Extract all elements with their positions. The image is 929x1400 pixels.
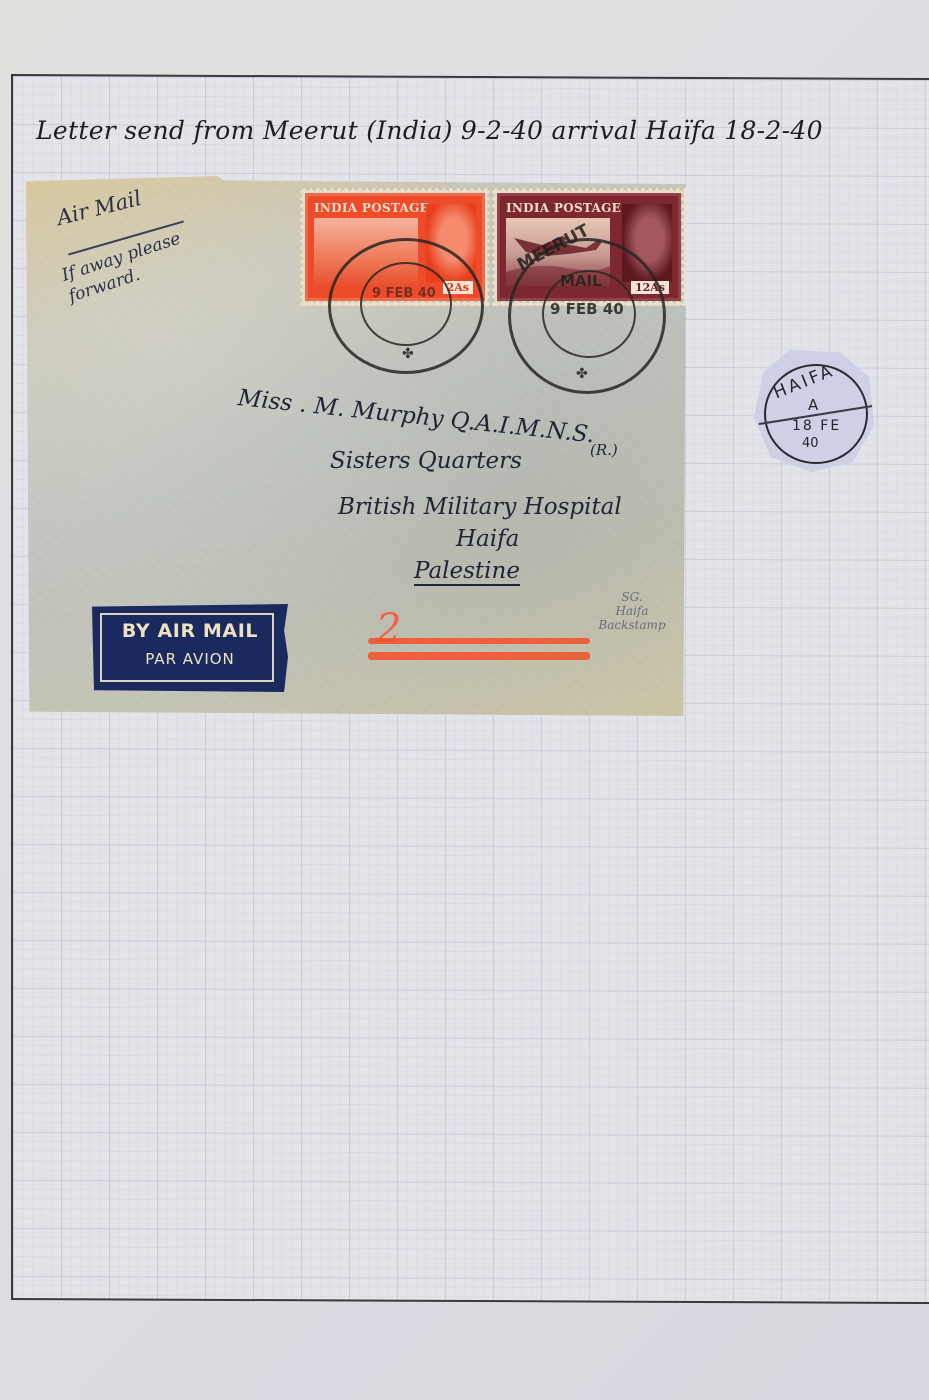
crayon-strike [368, 638, 590, 644]
address-line-quarters: Sisters Quarters [330, 448, 522, 474]
backstamp-code: A [808, 396, 818, 414]
airmail-label-french: PAR AVION [92, 650, 288, 668]
airmail-etiquette: BY AIR MAIL PAR AVION [92, 604, 288, 692]
postmark-date-partial: 9 FEB 40 [372, 286, 436, 301]
pencil-line: Haifa [577, 604, 687, 618]
stamp-inscription: INDIA POSTAGE [506, 201, 621, 215]
airmail-label-english: BY AIR MAIL [92, 620, 288, 642]
address-line-country: Palestine [414, 558, 520, 584]
backstamp-date: 18 FE [792, 418, 841, 434]
address-line-city: Haifa [456, 526, 519, 552]
stamp-inscription: INDIA POSTAGE [314, 201, 429, 215]
postmark-ornament-icon: ✤ [576, 366, 588, 382]
address-line-hospital: British Military Hospital [338, 494, 622, 520]
pencil-annotation: SG. Haifa Backstamp [577, 590, 687, 632]
crayon-numeral: 2 [376, 606, 401, 652]
backstamp-year: 40 [802, 436, 819, 451]
postmark-ring-inner [360, 262, 452, 346]
pencil-line: SG. [577, 590, 687, 604]
postmark-ornament-icon: ✤ [402, 346, 414, 362]
postmark-type: MAIL [560, 272, 602, 290]
arrival-backstamp-cutout: HAIFA A 18 FE 40 [754, 350, 874, 472]
crayon-strike [368, 652, 590, 660]
page-caption: Letter send from Meerut (India) 9-2-40 a… [36, 116, 896, 145]
crossed-out-crayon-mark: 2 [368, 632, 590, 666]
pencil-line: Backstamp [577, 618, 687, 632]
postmark-date: 9 FEB 40 [550, 300, 624, 318]
address-recipient-suffix: (R.) [590, 441, 618, 459]
